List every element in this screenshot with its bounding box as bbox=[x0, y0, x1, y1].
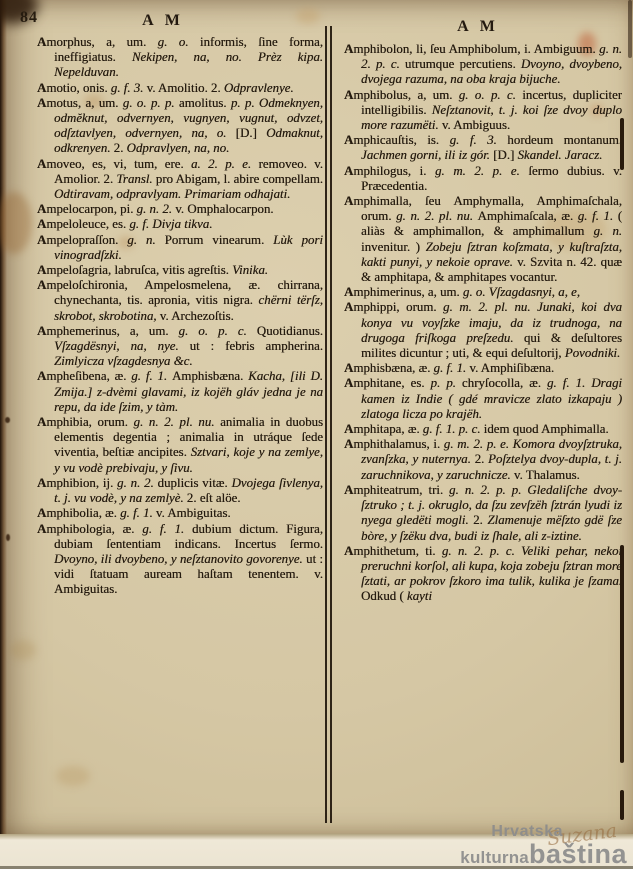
watermark-kulturna: kulturna bbox=[460, 849, 529, 866]
dictionary-entry: Amphibia, orum. g. n. 2. pl. nu. animali… bbox=[37, 415, 323, 476]
dictionary-entry: Amotio, onis. g. f. 3. v. Amolitio. 2. O… bbox=[37, 81, 323, 96]
dictionary-entry: Ampeloſagria, labruſca, vitis agreſtis. … bbox=[37, 263, 323, 278]
dictionary-entry: Amphisbæna, æ. g. f. 1. v. Amphiſibæna. bbox=[344, 361, 622, 376]
dictionary-entry: Amphitane, es. p. p. chryſocolla, æ. g. … bbox=[344, 376, 622, 422]
scanned-dictionary-page: 84 A M A M Amorphus, a, um. g. o. inform… bbox=[0, 0, 633, 869]
dictionary-entry: Amphithetum, ti. g. n. 2. p. c. Veliki p… bbox=[344, 544, 622, 605]
dictionary-entry: Ampeloſchironia, Ampelosmelena, æ. chirr… bbox=[37, 278, 323, 324]
page-border-rule bbox=[628, 0, 632, 58]
dictionary-entry: Amphibologia, æ. g. f. 1. dubium dictum.… bbox=[37, 522, 323, 598]
dictionary-entry: Amphimalla, ſeu Amphymalla, Amphimaſchal… bbox=[344, 194, 622, 285]
dictionary-entry: Amphithalamus, i. g. m. 2. p. e. Komora … bbox=[344, 437, 622, 483]
dictionary-entry: Amorphus, a, um. g. o. informis, ſine fo… bbox=[37, 35, 323, 81]
dictionary-entry: Amphemerinus, a, um. g. o. p. c. Quotidi… bbox=[37, 324, 323, 370]
column-header-right: A M bbox=[333, 18, 623, 36]
dictionary-entry: Ampheſibena, æ. g. f. 1. Amphisbæna. Kac… bbox=[37, 369, 323, 415]
dictionary-entry: Amotus, a, um. g. o. p. p. amolitus. p. … bbox=[37, 96, 323, 157]
dictionary-entry: Amphicauſtis, is. g. f. 3. hordeum monta… bbox=[344, 133, 622, 163]
column-divider-rule bbox=[325, 26, 332, 823]
dictionary-entry: Amphibion, ij. g. n. 2. duplicis vitæ. D… bbox=[37, 476, 323, 506]
dictionary-entry: Amoveo, es, vi, tum, ere. a. 2. p. e. re… bbox=[37, 157, 323, 203]
dictionary-entry: Amphilogus, i. g. m. 2. p. e. ſermo dubi… bbox=[344, 164, 622, 194]
dictionary-entry: Amphibolia, æ. g. f. 1. v. Ambiguitas. bbox=[37, 506, 323, 521]
dictionary-entry: Amphitapa, æ. g. f. 1. p. c. idem quod A… bbox=[344, 422, 622, 437]
dictionary-entry: Amphibolus, a, um. g. o. p. c. incertus,… bbox=[344, 88, 622, 134]
dictionary-entry: Amphippi, orum. g. m. 2. pl. nu. Junaki,… bbox=[344, 300, 622, 361]
dictionary-entry: Ampelopraſſon. g. n. Porrum vinearum. Lù… bbox=[37, 233, 323, 263]
column-header-left: A M bbox=[0, 12, 326, 30]
watermark-hrvatska: Hrvatska bbox=[460, 824, 563, 840]
right-column: Amphibolon, li, ſeu Amphibolum, i. Ambig… bbox=[344, 42, 622, 823]
watermark-kulturnabastina: kulturna baština bbox=[460, 841, 627, 868]
ink-speck bbox=[5, 417, 10, 423]
watermark: Hrvatska kulturna baština bbox=[460, 824, 627, 868]
paper-stain bbox=[10, 640, 36, 660]
dictionary-entry: Amphibolon, li, ſeu Amphibolum, i. Ambig… bbox=[344, 42, 622, 88]
dictionary-entry: Ampeloleuce, es. g. f. Divja tikva. bbox=[37, 217, 323, 232]
left-column: Amorphus, a, um. g. o. informis, ſine fo… bbox=[37, 35, 323, 821]
dictionary-entry: Amphimerinus, a, um. g. o. Vſzagdasnyi, … bbox=[344, 285, 622, 300]
watermark-bastina: baština bbox=[529, 841, 627, 868]
dictionary-entry: Amphiteatrum, tri. g. n. 2. p. p. Gledal… bbox=[344, 483, 622, 544]
dictionary-entry: Ampelocarpon, pi. g. n. 2. v. Omphalocar… bbox=[37, 202, 323, 217]
ink-speck bbox=[6, 534, 10, 541]
